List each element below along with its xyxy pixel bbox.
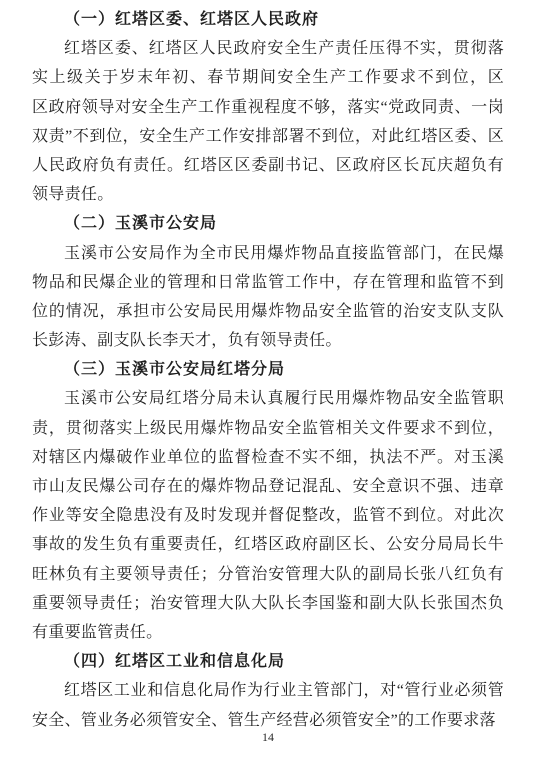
paragraph-line: 位的情况，承担市公安局民用爆炸物品安全监管的治安支队支队 <box>32 297 504 326</box>
paragraph-line: 领导责任。 <box>32 180 504 209</box>
paragraph-line: 红塔区委、红塔区人民政府安全生产责任压得不实，贯彻落 <box>32 34 504 63</box>
paragraph-line: 作业等安全隐患没有及时发现并督促整改，监管不到位。对此次 <box>32 501 504 530</box>
paragraph-line: 区政府领导对安全生产工作重视程度不够，落实“党政同责、一岗 <box>32 93 504 122</box>
paragraph-line: 责，贯彻落实上级民用爆炸物品安全监管相关文件要求不到位， <box>32 414 504 443</box>
paragraph-line: 玉溪市公安局作为全市民用爆炸物品直接监管部门，在民爆 <box>32 239 504 268</box>
paragraph-line: 对辖区内爆破作业单位的监督检查不实不细，执法不严。对玉溪 <box>32 443 504 472</box>
paragraph-line: 红塔区工业和信息化局作为行业主管部门，对“管行业必须管 <box>32 676 504 705</box>
paragraph-line: 长彭涛、副支队长李天才，负有领导责任。 <box>32 326 504 355</box>
paragraph-line: 旺林负有主要领导责任；分管治安管理大队的副局长张八红负有 <box>32 560 504 589</box>
paragraph-line: 双责”不到位，安全生产工作安排部署不到位，对此红塔区委、区 <box>32 122 504 151</box>
section-heading: （三）玉溪市公安局红塔分局 <box>32 355 504 384</box>
page-number: 14 <box>0 730 536 745</box>
document-body: （一）红塔区委、红塔区人民政府红塔区委、红塔区人民政府安全生产责任压得不实，贯彻… <box>32 5 504 735</box>
paragraph-line: 重要领导责任；治安管理大队大队长李国鉴和副大队长张国杰负 <box>32 589 504 618</box>
section-heading: （二）玉溪市公安局 <box>32 209 504 238</box>
paragraph-line: 实上级关于岁末年初、春节期间安全生产工作要求不到位，区委、 <box>32 63 504 92</box>
document-page: （一）红塔区委、红塔区人民政府红塔区委、红塔区人民政府安全生产责任压得不实，贯彻… <box>0 0 536 767</box>
section-heading: （一）红塔区委、红塔区人民政府 <box>32 5 504 34</box>
paragraph-line: 物品和民爆企业的管理和日常监管工作中，存在管理和监管不到 <box>32 268 504 297</box>
paragraph-line: 有重要监管责任。 <box>32 618 504 647</box>
paragraph-line: 事故的发生负有重要责任，红塔区政府副区长、公安分局局长牛 <box>32 530 504 559</box>
section-heading: （四）红塔区工业和信息化局 <box>32 647 504 676</box>
paragraph-line: 市山友民爆公司存在的爆炸物品登记混乱、安全意识不强、违章 <box>32 472 504 501</box>
paragraph-line: 人民政府负有责任。红塔区区委副书记、区政府区长瓦庆超负有 <box>32 151 504 180</box>
paragraph-line: 玉溪市公安局红塔分局未认真履行民用爆炸物品安全监管职 <box>32 384 504 413</box>
